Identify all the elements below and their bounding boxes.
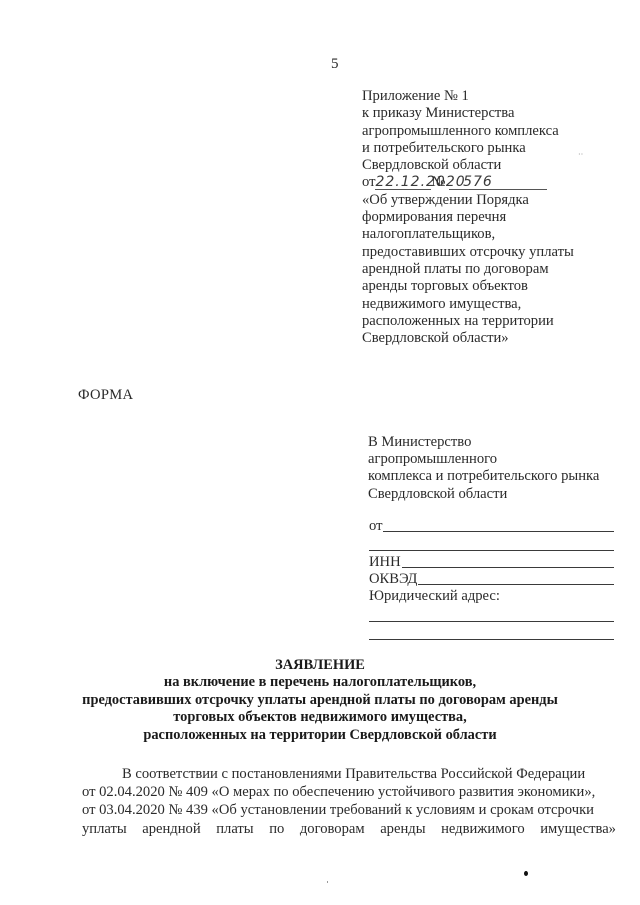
order-number-label: № [431,174,445,190]
addressee-block: В Министерство агропромышленного комплек… [368,434,628,503]
appendix-line: Приложение № 1 [362,88,622,105]
legal-address-line-2 [369,626,614,643]
appendix-line: к приказу Министерства [362,105,622,122]
order-title-line: «Об утверждении Порядка [362,192,622,209]
legal-address-label: Юридический адрес: [369,588,500,605]
addressee-line: В Министерство [368,434,628,451]
appendix-header: Приложение № 1 к приказу Министерства аг… [362,88,622,347]
body-line: от 03.04.2020 № 439 «Об установлении тре… [82,801,616,819]
addressee-line: агропромышленного [368,451,628,468]
application-subtitle-line: на включение в перечень налогоплательщик… [60,674,580,691]
body-line: В соответствии с постановлениями Правите… [82,765,616,783]
inn-label: ИНН [369,554,401,571]
page-number: 5 [331,56,339,73]
application-heading: ЗАЯВЛЕНИЕ [60,657,580,674]
order-title-line: Свердловской области» [362,330,622,347]
handwritten-order-number: 576 [449,175,547,190]
order-title-line: недвижимого имущества, [362,296,622,313]
document-page: 5 Приложение № 1 к приказу Министерства … [0,0,640,905]
application-body: В соответствии с постановлениями Правите… [82,765,616,838]
application-subtitle-line: торговых объектов недвижимого имущества, [60,709,580,726]
appendix-line: агропромышленного комплекса [362,123,622,140]
scan-speck [327,881,328,883]
from-blank-line[interactable] [383,530,614,532]
order-title-line: формирования перечня [362,209,622,226]
body-line: уплаты арендной платы по договорам аренд… [82,820,616,838]
inn-blank-line[interactable] [402,566,614,568]
application-subtitle-line: предоставивших отсрочку уплаты арендной … [60,692,580,709]
okved-field: ОКВЭД [369,571,614,588]
legal-address-line-1 [369,607,614,624]
inn-field: ИНН [369,554,614,571]
application-subtitle-line: расположенных на территории Свердловской… [60,727,580,744]
order-date-prefix: от [362,174,375,190]
application-title: ЗАЯВЛЕНИЕ на включение в перечень налого… [60,657,580,744]
order-title-line: аренды торговых объектов [362,278,622,295]
order-title-line: предоставивших отсрочку уплаты [362,244,622,261]
form-label: ФОРМА [78,387,133,404]
from-continuation-field [369,536,614,553]
order-title-line: налогоплательщиков, [362,226,622,243]
legal-address-field: Юридический адрес: [369,588,614,605]
from-label: от [369,518,382,535]
addressee-line: Свердловской области [368,486,628,503]
okved-blank-line[interactable] [418,583,614,585]
legal-address-blank-line[interactable] [369,638,614,640]
applicant-fields: от ИНН ОКВЭД Юридический адрес: [369,518,614,643]
from-field: от [369,518,614,535]
from-continuation-blank-line[interactable] [369,549,614,551]
handwritten-order-date: 22.12.2020 [375,175,431,190]
scan-artifact: ·· [578,150,583,159]
order-title-line: расположенных на территории [362,313,622,330]
legal-address-blank-line[interactable] [369,620,614,622]
addressee-line: комплекса и потребительского рынка [368,468,628,485]
body-line: от 02.04.2020 № 409 «О мерах по обеспече… [82,783,616,801]
okved-label: ОКВЭД [369,571,417,588]
appendix-line: Свердловской области [362,157,622,174]
order-date-number-line: от22.12.2020№ 576 [362,174,622,191]
scan-speck [524,871,528,876]
order-title-line: арендной платы по договорам [362,261,622,278]
